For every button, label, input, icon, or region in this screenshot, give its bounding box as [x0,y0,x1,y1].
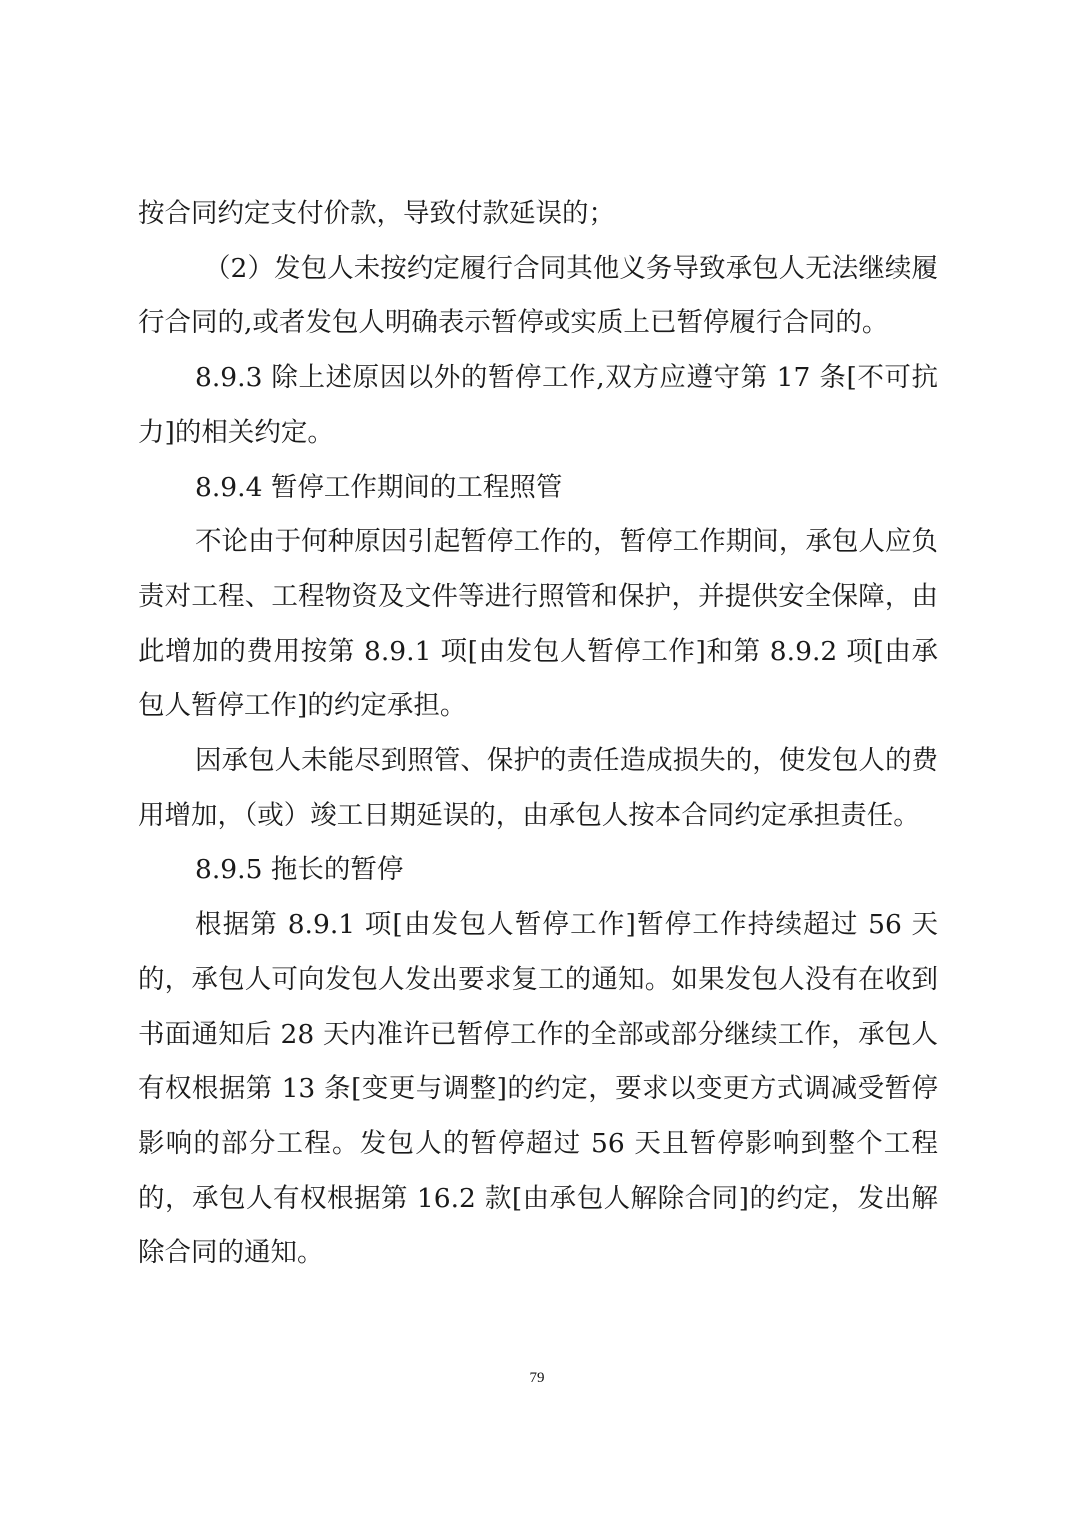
paragraph-item-2: （2）发包人未按约定履行合同其他义务导致承包人无法继续履行合同的,或者发包人明确… [138,242,938,351]
paragraph-care-of-works: 不论由于何种原因引起暂停工作的，暂停工作期间，承包人应负责对工程、工程物资及文件… [138,515,938,734]
paragraph-contractor-liability: 因承包人未能尽到照管、保护的责任造成损失的，使发包人的费用增加，（或）竣工日期延… [138,734,938,843]
heading-clause-8-9-4: 8.9.4 暂停工作期间的工程照管 [138,461,938,516]
paragraph-continuation: 按合同约定支付价款，导致付款延误的； [138,187,938,242]
paragraph-prolonged-suspension: 根据第 8.9.1 项[由发包人暂停工作]暂停工作持续超过 56 天的，承包人可… [138,898,938,1281]
paragraph-clause-8-9-3: 8.9.3 除上述原因以外的暂停工作,双方应遵守第 17 条[不可抗力]的相关约… [138,351,938,460]
heading-clause-8-9-5: 8.9.5 拖长的暂停 [138,843,938,898]
document-page: 按合同约定支付价款，导致付款延误的； （2）发包人未按约定履行合同其他义务导致承… [0,0,1074,1520]
document-body: 按合同约定支付价款，导致付款延误的； （2）发包人未按约定履行合同其他义务导致承… [138,187,938,1281]
page-number: 79 [0,1370,1074,1387]
